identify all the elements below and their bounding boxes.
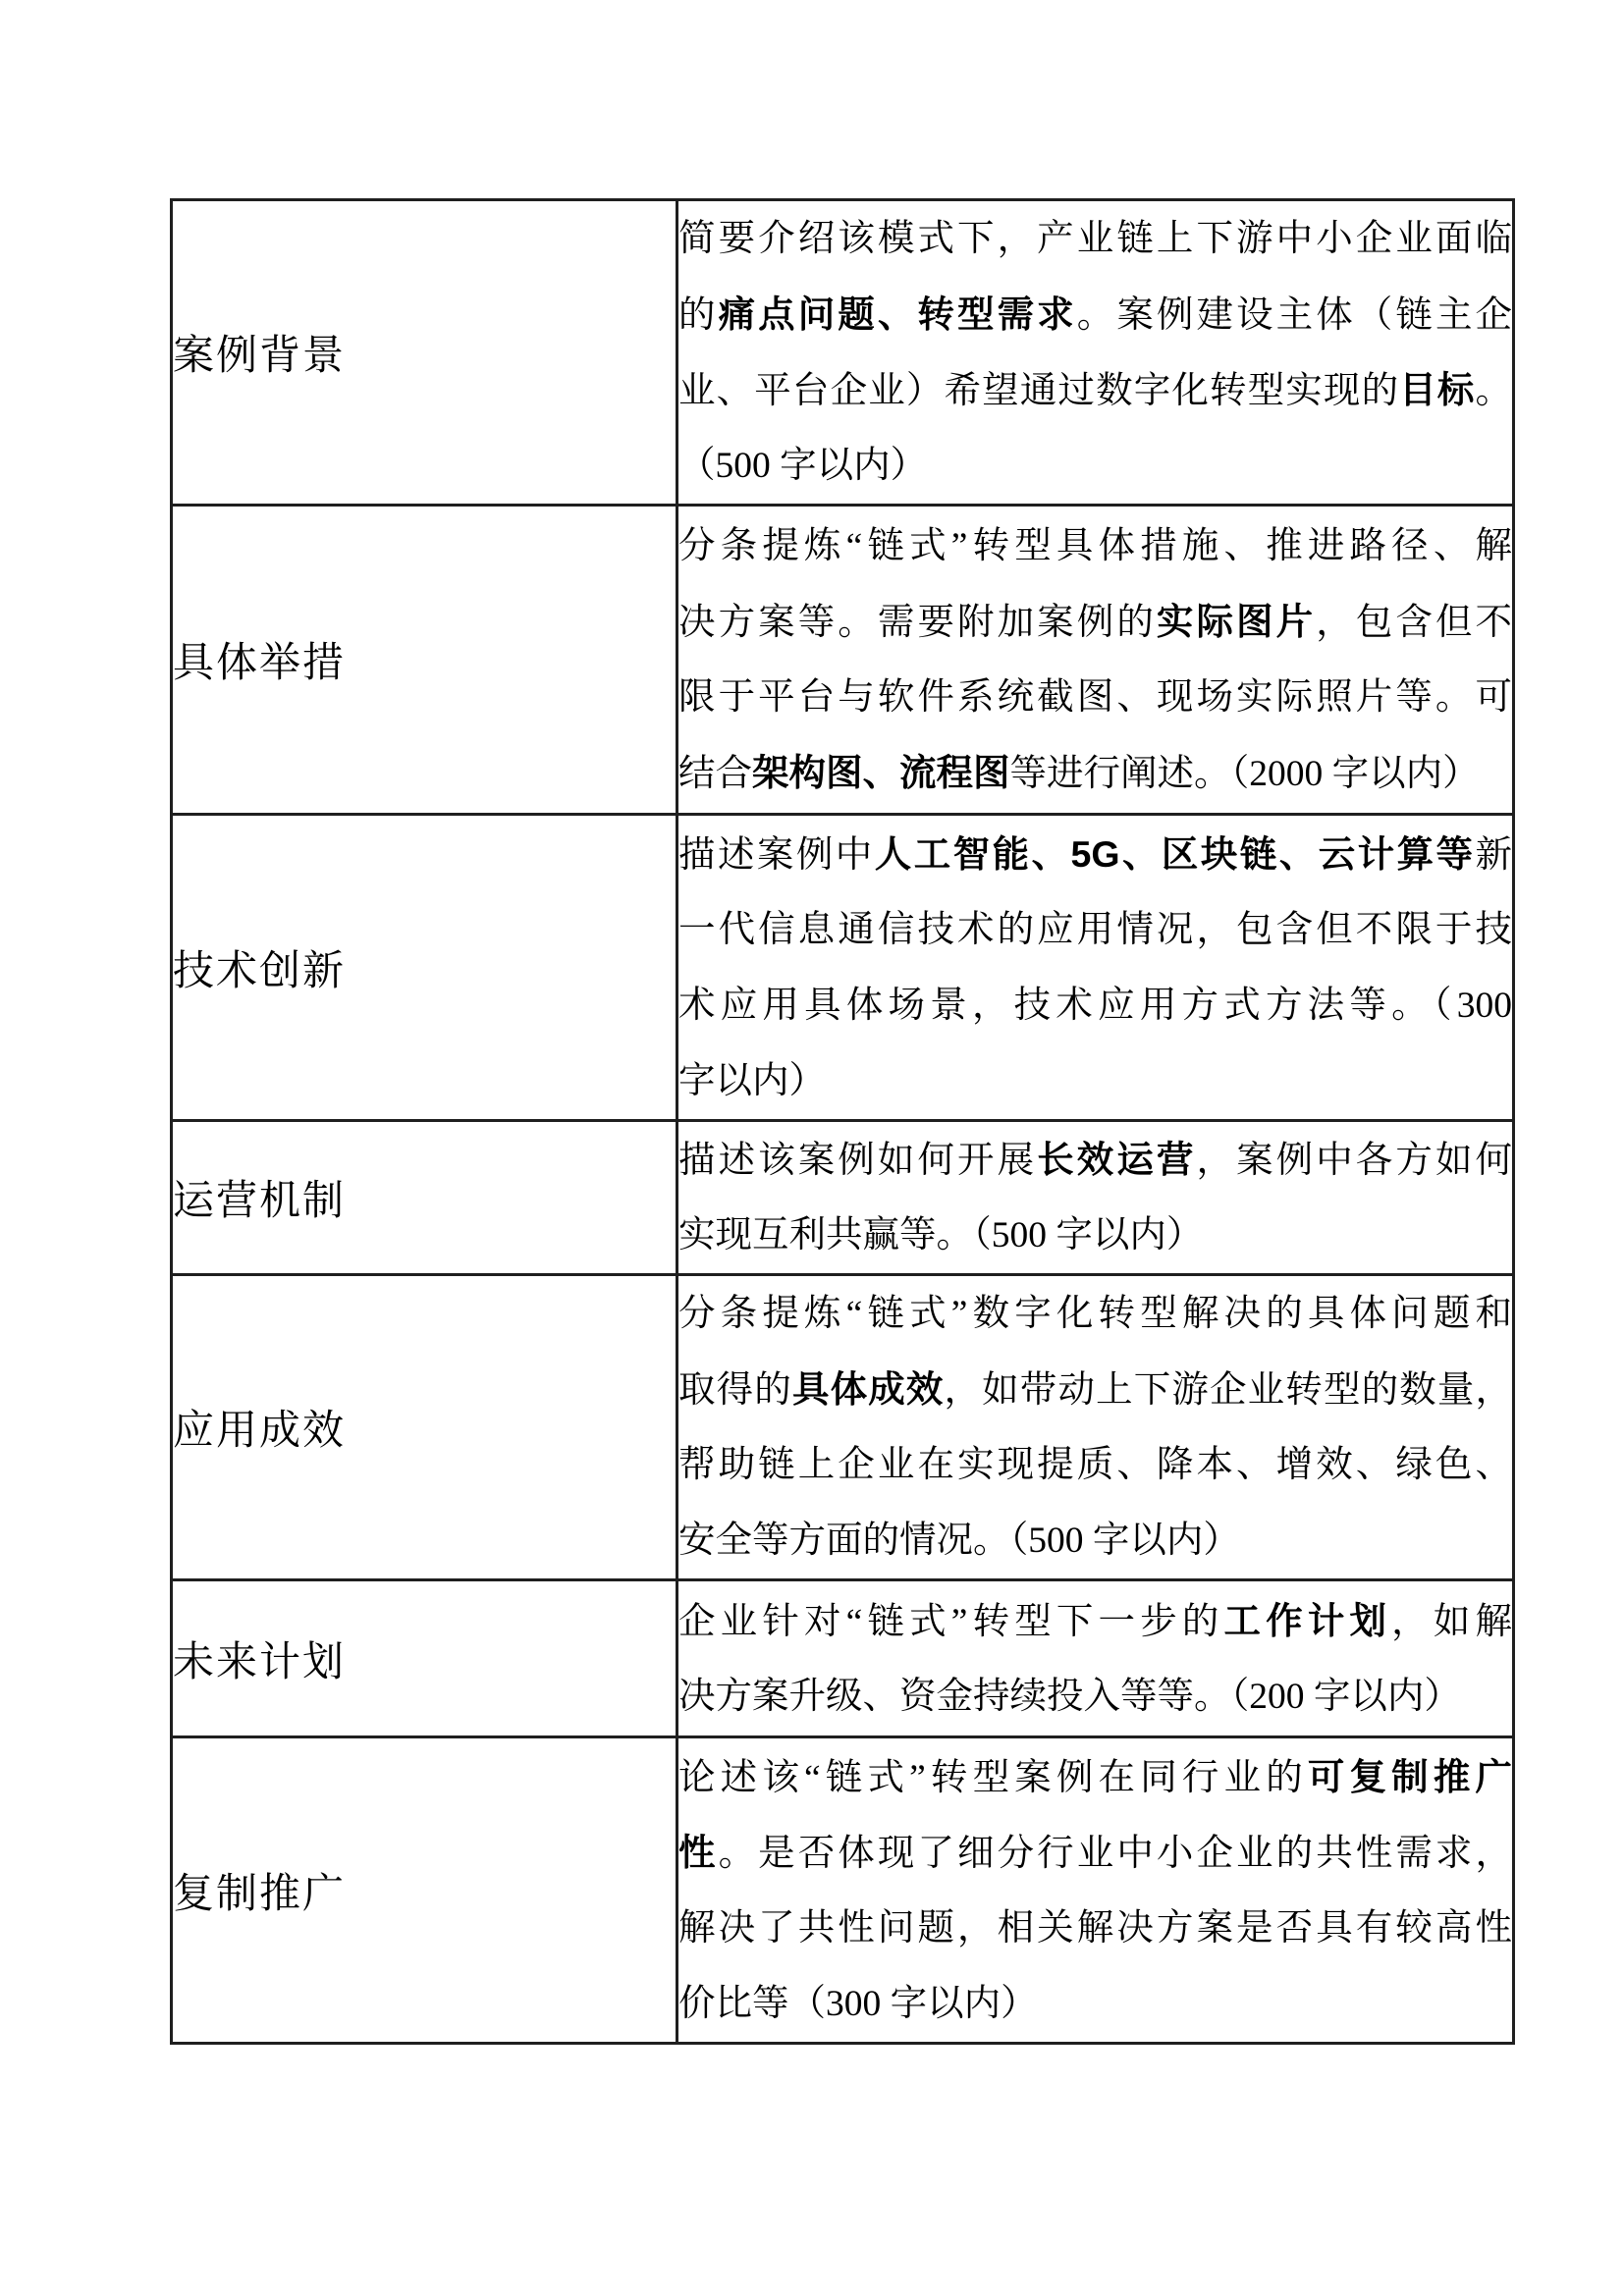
document-page: 案例背景 简要介绍该模式下，产业链上下游中小企业面临的痛点问题、转型需求。案例建… bbox=[0, 0, 1624, 2296]
text-line: 的痛点问题、转型需求。案例建设主体（链主企 bbox=[678, 277, 1512, 352]
text-segment: 安全等方面的情况。（500 字以内） bbox=[678, 1521, 1240, 1561]
text-segment: 实现互利共赢等。（500 字以内） bbox=[678, 1215, 1203, 1255]
text-line: 分条提炼“链式”转型具体措施、推进路径、解 bbox=[678, 508, 1512, 584]
row-desc-replication-promotion: 论述该“链式”转型案例在同行业的可复制推广性。是否体现了细分行业中小企业的共性需… bbox=[677, 1737, 1514, 2044]
table-row: 应用成效 分条提炼“链式”数字化转型解决的具体问题和取得的具体成效，如带动上下游… bbox=[172, 1275, 1514, 1580]
text-segment: 新 bbox=[1476, 835, 1513, 876]
row-label-specific-measures: 具体举措 bbox=[172, 506, 677, 815]
table-row: 案例背景 简要介绍该模式下，产业链上下游中小企业面临的痛点问题、转型需求。案例建… bbox=[172, 200, 1514, 506]
text-line: 描述该案例如何开展长效运营，案例中各方如何 bbox=[678, 1122, 1512, 1198]
text-line: 企业针对“链式”转型下一步的工作计划，如解 bbox=[678, 1583, 1512, 1659]
text-segment: ，案例中各方如何 bbox=[1197, 1141, 1513, 1181]
text-segment: 分条提炼“链式”数字化转型解决的具体问题和 bbox=[678, 1294, 1512, 1334]
text-line: 论述该“链式”转型案例在同行业的可复制推广 bbox=[678, 1739, 1512, 1815]
row-label-tech-innovation: 技术创新 bbox=[172, 815, 677, 1121]
text-segment: ，如带动上下游企业转型的数量， bbox=[945, 1370, 1512, 1411]
text-segment: 帮助链上企业在实现提质、降本、增效、绿色、 bbox=[678, 1445, 1512, 1485]
bold-text-segment: 痛点问题、转型需求 bbox=[719, 294, 1077, 335]
text-segment: 描述该案例如何开展 bbox=[678, 1141, 1037, 1181]
text-segment: 。 bbox=[1476, 371, 1512, 411]
row-label-operation-mechanism: 运营机制 bbox=[172, 1121, 677, 1275]
text-line: 描述案例中人工智能、5G、区块链、云计算等新 bbox=[678, 817, 1512, 892]
text-line: 安全等方面的情况。（500 字以内） bbox=[678, 1503, 1512, 1578]
table-row: 运营机制 描述该案例如何开展长效运营，案例中各方如何实现互利共赢等。（500 字… bbox=[172, 1121, 1514, 1275]
bold-text-segment: 架构图、流程图 bbox=[752, 752, 1010, 793]
text-segment: ，包含但不 bbox=[1316, 603, 1512, 643]
text-segment: 决方案升级、资金持续投入等等。（200 字以内） bbox=[678, 1677, 1461, 1717]
text-segment: 。案例建设主体（链主企 bbox=[1077, 295, 1512, 336]
text-segment: 术应用具体场景，技术应用方式方法等。（300 bbox=[678, 986, 1512, 1026]
row-desc-operation-mechanism: 描述该案例如何开展长效运营，案例中各方如何实现互利共赢等。（500 字以内） bbox=[677, 1121, 1514, 1275]
text-line: 字以内） bbox=[678, 1043, 1512, 1119]
row-label-replication-promotion: 复制推广 bbox=[172, 1737, 677, 2044]
bold-text-segment: 性 bbox=[678, 1832, 719, 1873]
text-segment: 。是否体现了细分行业中小企业的共性需求， bbox=[719, 1834, 1512, 1874]
text-segment: 决方案等。需要附加案例的 bbox=[678, 603, 1157, 643]
bold-text-segment: 实际图片 bbox=[1157, 601, 1316, 642]
row-desc-future-plan: 企业针对“链式”转型下一步的工作计划，如解决方案升级、资金持续投入等等。（200… bbox=[677, 1580, 1514, 1737]
text-line: 一代信息通信技术的应用情况，包含但不限于技 bbox=[678, 892, 1512, 968]
text-segment: 限于平台与软件系统截图、现场实际照片等。可 bbox=[678, 677, 1512, 718]
text-line: 限于平台与软件系统截图、现场实际照片等。可 bbox=[678, 660, 1512, 735]
text-segment: 取得的 bbox=[678, 1370, 792, 1411]
text-line: 取得的具体成效，如带动上下游企业转型的数量， bbox=[678, 1352, 1512, 1427]
text-line: 分条提炼“链式”数字化转型解决的具体问题和 bbox=[678, 1276, 1512, 1352]
bold-text-segment: 工作计划 bbox=[1224, 1600, 1392, 1641]
table-row: 复制推广 论述该“链式”转型案例在同行业的可复制推广性。是否体现了细分行业中小企… bbox=[172, 1737, 1514, 2044]
row-desc-tech-innovation: 描述案例中人工智能、5G、区块链、云计算等新一代信息通信技术的应用情况，包含但不… bbox=[677, 815, 1514, 1121]
text-line: 实现互利共赢等。（500 字以内） bbox=[678, 1198, 1512, 1273]
text-segment: 解决了共性问题，相关解决方案是否具有较高性 bbox=[678, 1908, 1512, 1949]
text-segment: 价比等（300 字以内） bbox=[678, 1984, 1038, 2024]
text-segment: 等进行阐述。（2000 字以内） bbox=[1010, 754, 1480, 794]
row-label-application-results: 应用成效 bbox=[172, 1275, 677, 1580]
text-segment: 字以内） bbox=[678, 1061, 826, 1101]
text-segment: （500 字以内） bbox=[678, 446, 927, 486]
text-segment: 描述案例中 bbox=[678, 835, 875, 876]
text-line: 价比等（300 字以内） bbox=[678, 1966, 1512, 2042]
table-row: 技术创新 描述案例中人工智能、5G、区块链、云计算等新一代信息通信技术的应用情况… bbox=[172, 815, 1514, 1121]
row-desc-case-background: 简要介绍该模式下，产业链上下游中小企业面临的痛点问题、转型需求。案例建设主体（链… bbox=[677, 200, 1514, 506]
table-row: 具体举措 分条提炼“链式”转型具体措施、推进路径、解决方案等。需要附加案例的实际… bbox=[172, 506, 1514, 815]
text-segment: 简要介绍该模式下，产业链上下游中小企业面临 bbox=[678, 219, 1512, 259]
text-segment: 的 bbox=[678, 295, 719, 336]
text-segment: ，如解 bbox=[1391, 1602, 1512, 1642]
text-segment: 论述该“链式”转型案例在同行业的 bbox=[678, 1758, 1308, 1798]
row-label-case-background: 案例背景 bbox=[172, 200, 677, 506]
text-line: 决方案升级、资金持续投入等等。（200 字以内） bbox=[678, 1659, 1512, 1735]
bold-text-segment: 具体成效 bbox=[792, 1368, 945, 1410]
bold-text-segment: 长效运营 bbox=[1037, 1139, 1196, 1180]
text-segment: 结合 bbox=[678, 754, 752, 794]
text-line: （500 字以内） bbox=[678, 428, 1512, 504]
text-segment: 业、平台企业）希望通过数字化转型实现的 bbox=[678, 371, 1399, 411]
row-desc-specific-measures: 分条提炼“链式”转型具体措施、推进路径、解决方案等。需要附加案例的实际图片，包含… bbox=[677, 506, 1514, 815]
text-line: 业、平台企业）希望通过数字化转型实现的目标。 bbox=[678, 352, 1512, 428]
row-label-future-plan: 未来计划 bbox=[172, 1580, 677, 1737]
text-line: 解决了共性问题，相关解决方案是否具有较高性 bbox=[678, 1891, 1512, 1966]
bold-text-segment: 可复制推广 bbox=[1308, 1756, 1512, 1797]
bold-text-segment: 人工智能、5G、区块链、云计算等 bbox=[875, 833, 1476, 875]
text-line: 帮助链上企业在实现提质、降本、增效、绿色、 bbox=[678, 1427, 1512, 1503]
text-line: 简要介绍该模式下，产业链上下游中小企业面临 bbox=[678, 201, 1512, 277]
text-segment: 企业针对“链式”转型下一步的 bbox=[678, 1602, 1224, 1642]
case-requirements-table: 案例背景 简要介绍该模式下，产业链上下游中小企业面临的痛点问题、转型需求。案例建… bbox=[170, 198, 1515, 2045]
text-line: 决方案等。需要附加案例的实际图片，包含但不 bbox=[678, 584, 1512, 660]
table-row: 未来计划 企业针对“链式”转型下一步的工作计划，如解决方案升级、资金持续投入等等… bbox=[172, 1580, 1514, 1737]
text-line: 性。是否体现了细分行业中小企业的共性需求， bbox=[678, 1815, 1512, 1891]
row-desc-application-results: 分条提炼“链式”数字化转型解决的具体问题和取得的具体成效，如带动上下游企业转型的… bbox=[677, 1275, 1514, 1580]
text-line: 结合架构图、流程图等进行阐述。（2000 字以内） bbox=[678, 735, 1512, 811]
text-segment: 分条提炼“链式”转型具体措施、推进路径、解 bbox=[678, 526, 1512, 566]
text-segment: 一代信息通信技术的应用情况，包含但不限于技 bbox=[678, 910, 1512, 950]
text-line: 术应用具体场景，技术应用方式方法等。（300 bbox=[678, 968, 1512, 1043]
bold-text-segment: 目标 bbox=[1399, 369, 1475, 410]
